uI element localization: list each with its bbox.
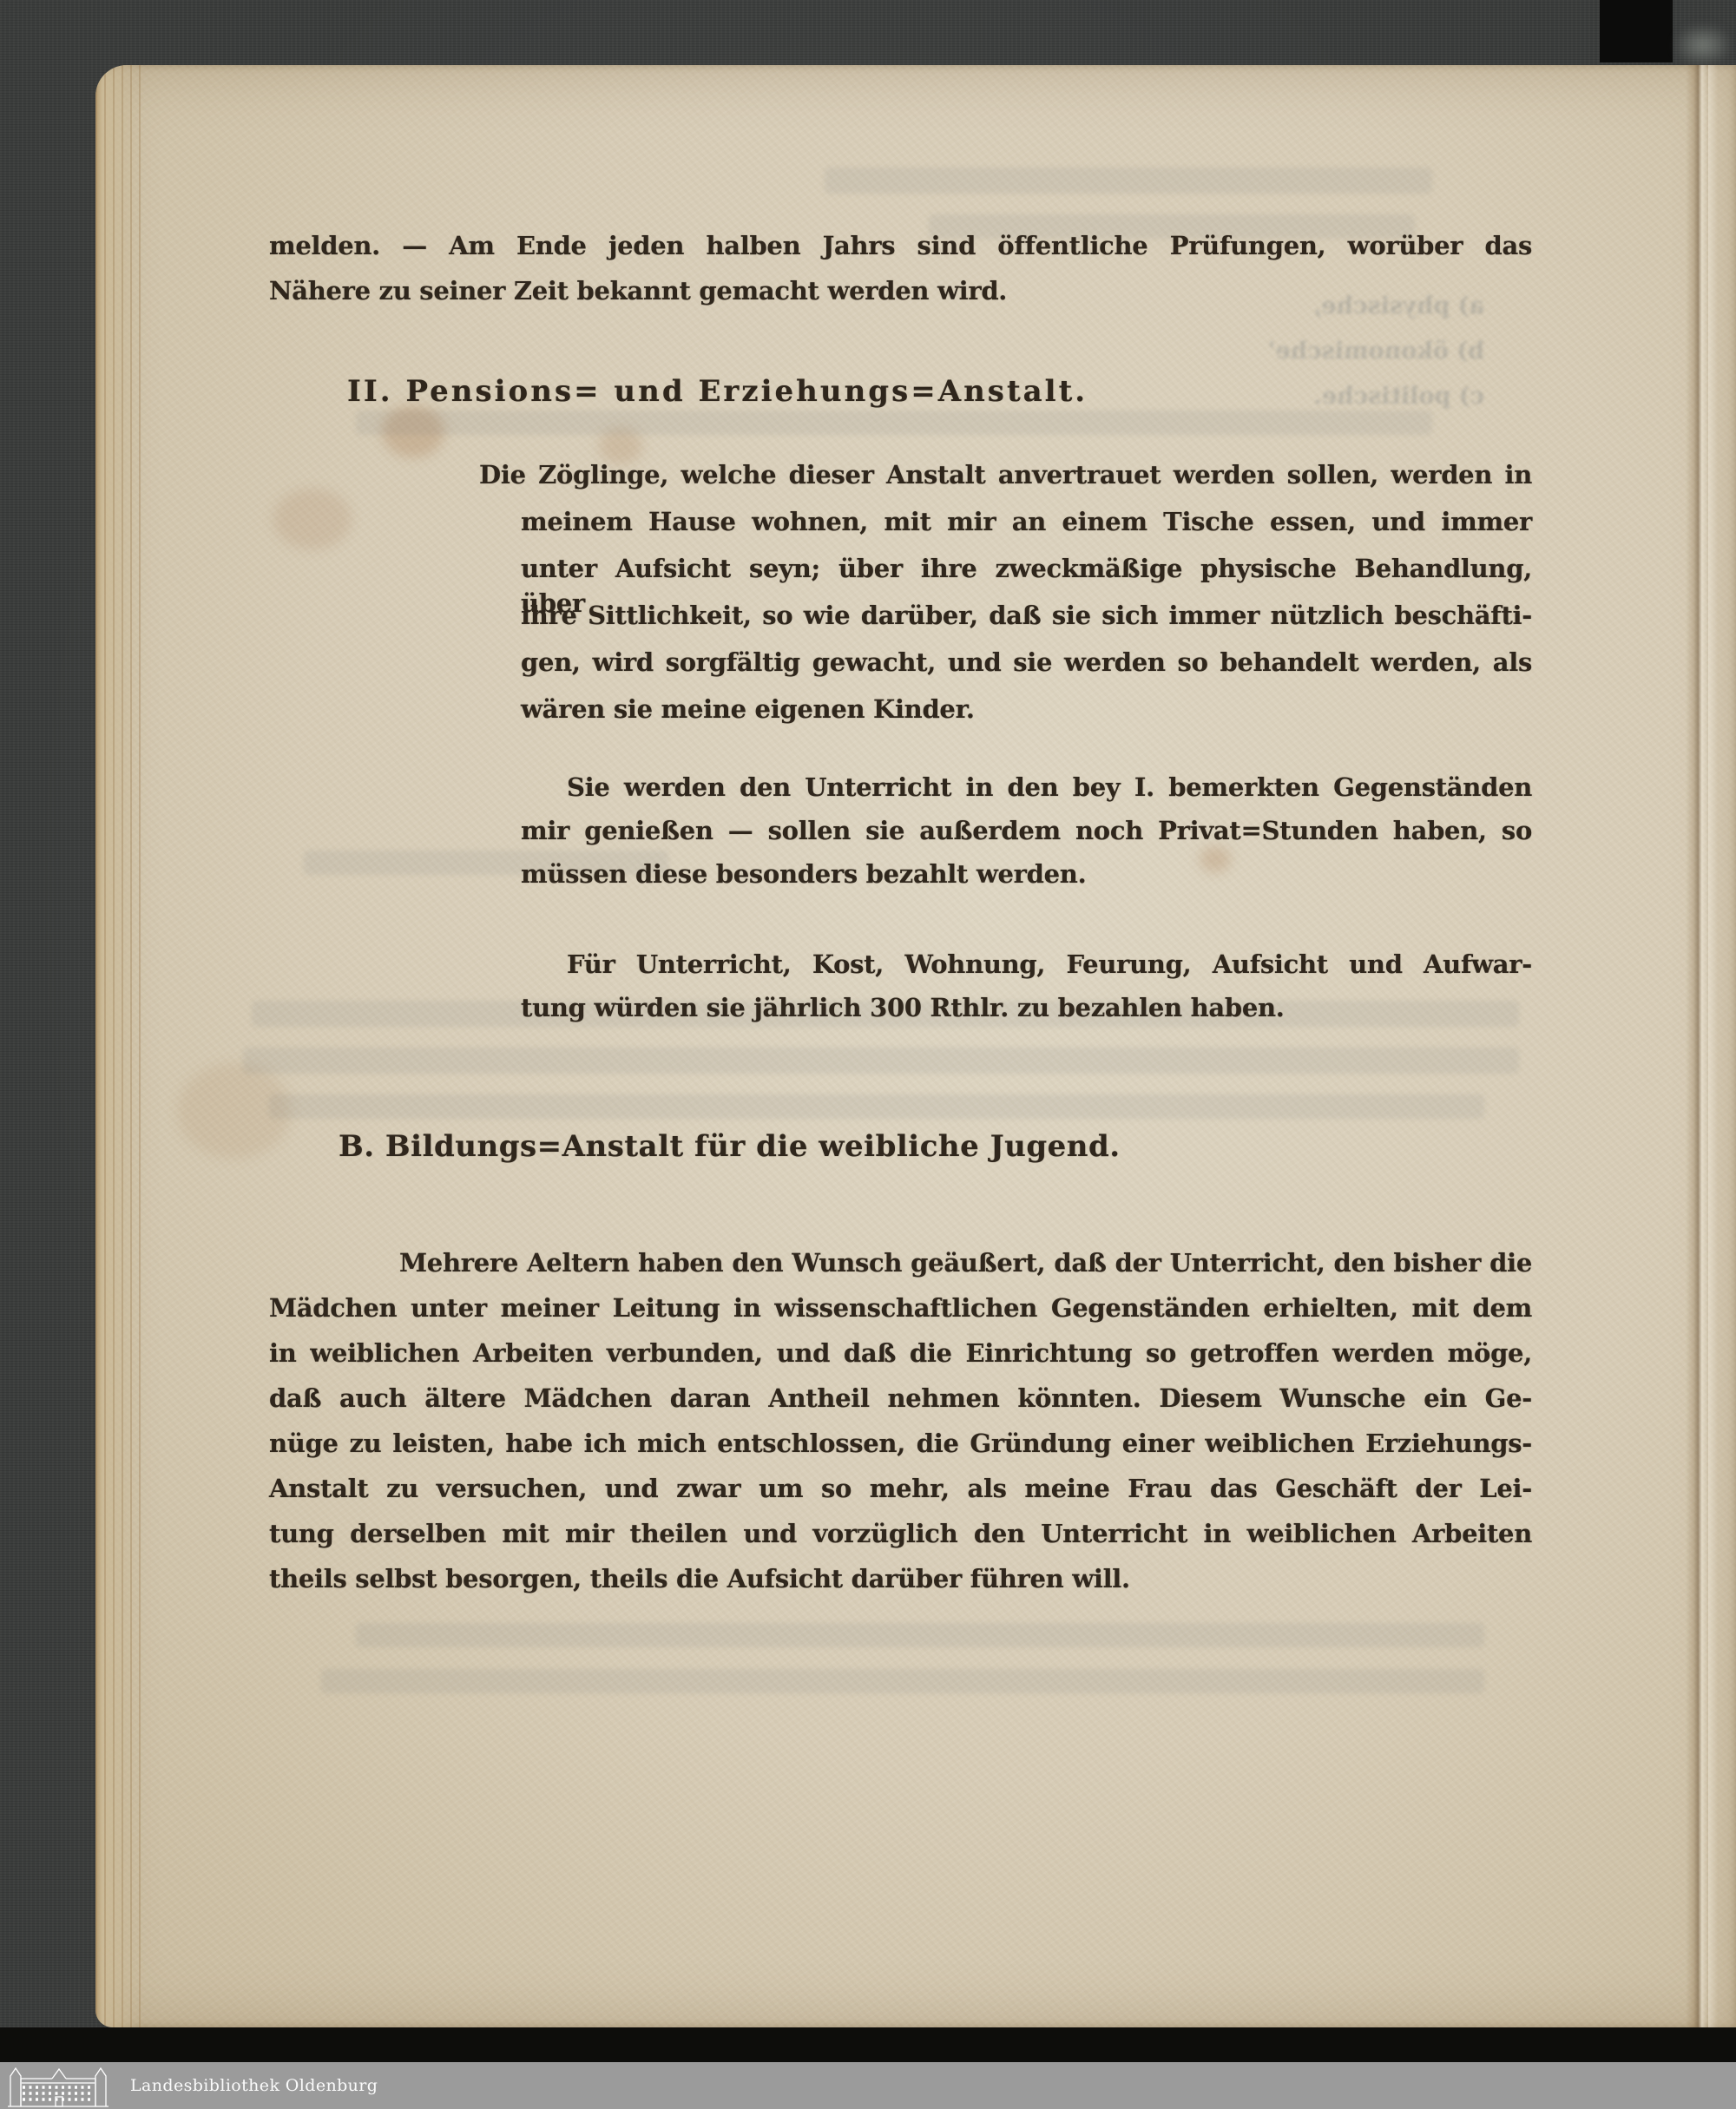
book-page: a) physische, b) ökonomische' c) politis… xyxy=(95,65,1736,2027)
text-line: wären sie meine eigenen Kinder. xyxy=(479,692,1532,739)
show-through-smudge xyxy=(321,1669,1484,1693)
scanner-background: a) physische, b) ökonomische' c) politis… xyxy=(0,0,1736,2109)
show-through-smudge xyxy=(243,1048,1519,1074)
text-line: Sie werden den Unterricht in den bey I. … xyxy=(521,770,1532,813)
text-line: melden. — Am Ende jeden halben Jahrs sin… xyxy=(269,228,1532,273)
show-through-line: c) politische. xyxy=(1224,374,1484,419)
section-heading-bildungs-anstalt: B. Bildungs=Anstalt für die weibliche Ju… xyxy=(339,1129,1121,1164)
text-line: nüge zu leisten, habe ich mich entschlos… xyxy=(269,1426,1532,1471)
paragraph-aeltern: Mehrere Aeltern haben den Wunsch geäußer… xyxy=(269,1245,1532,1606)
show-through-smudge xyxy=(269,1094,1484,1119)
text-line: in weiblichen Arbeiten verbunden, und da… xyxy=(269,1336,1532,1381)
text-line: meinem Hause wohnen, mit mir an einem Ti… xyxy=(479,504,1532,551)
text-line: gen, wird sorgfältig gewacht, und sie we… xyxy=(479,645,1532,692)
scan-black-strip xyxy=(0,2027,1736,2062)
library-watermark-bar: Landesbibliothek Oldenburg xyxy=(0,2062,1736,2109)
show-through-line: b) ökonomische' xyxy=(1224,329,1484,374)
text-line: mir genießen — sollen sie außerdem noch … xyxy=(521,813,1532,857)
paragraph-melden: melden. — Am Ende jeden halben Jahrs sin… xyxy=(269,228,1532,319)
text-line: Für Unterricht, Kost, Wohnung, Feurung, … xyxy=(521,947,1532,990)
text-line: Anstalt zu versuchen, und zwar um so meh… xyxy=(269,1471,1532,1516)
paragraph-unterricht: Sie werden den Unterricht in den bey I. … xyxy=(521,770,1532,900)
text-line: unter Aufsicht seyn; über ihre zweckmäßi… xyxy=(479,551,1532,598)
text-line: ihre Sittlichkeit, so wie darüber, daß s… xyxy=(479,598,1532,645)
text-line: müssen diese besonders bezahlt werden. xyxy=(521,857,1532,900)
text-line: daß auch ältere Mädchen daran Antheil ne… xyxy=(269,1381,1532,1426)
book-spine-shadow xyxy=(1600,0,1673,62)
paragraph-kosten: Für Unterricht, Kost, Wohnung, Feurung, … xyxy=(521,947,1532,1034)
paragraph-zoeglinge: Die Zöglinge, welche dieser Anstalt anve… xyxy=(479,457,1532,739)
section-heading-pensions-anstalt: II. Pensions= und Erziehungs=Anstalt. xyxy=(347,374,1088,409)
show-through-smudge xyxy=(825,168,1432,194)
text-line: tung würden sie jährlich 300 Rthlr. zu b… xyxy=(521,990,1532,1034)
book-edge-reflection xyxy=(1672,23,1734,68)
text-line: Mädchen unter meiner Leitung in wissensc… xyxy=(269,1291,1532,1336)
adjacent-page-edge xyxy=(1708,65,1736,2027)
page-stack-edges xyxy=(95,65,146,2027)
page-fold-crease xyxy=(1686,65,1708,2027)
text-line: tung derselben mit mir theilen und vorzü… xyxy=(269,1516,1532,1561)
text-line: theils selbst besorgen, theils die Aufsi… xyxy=(269,1561,1532,1606)
show-through-smudge xyxy=(356,1623,1484,1647)
text-line: Mehrere Aeltern haben den Wunsch geäußer… xyxy=(269,1245,1532,1291)
library-name: Landesbibliothek Oldenburg xyxy=(130,2076,378,2095)
text-line: Nähere zu seiner Zeit bekannt gemacht we… xyxy=(269,273,1532,319)
paper-stain xyxy=(273,489,352,549)
library-building-icon xyxy=(7,2064,109,2107)
text-line: Die Zöglinge, welche dieser Anstalt anve… xyxy=(479,457,1532,504)
